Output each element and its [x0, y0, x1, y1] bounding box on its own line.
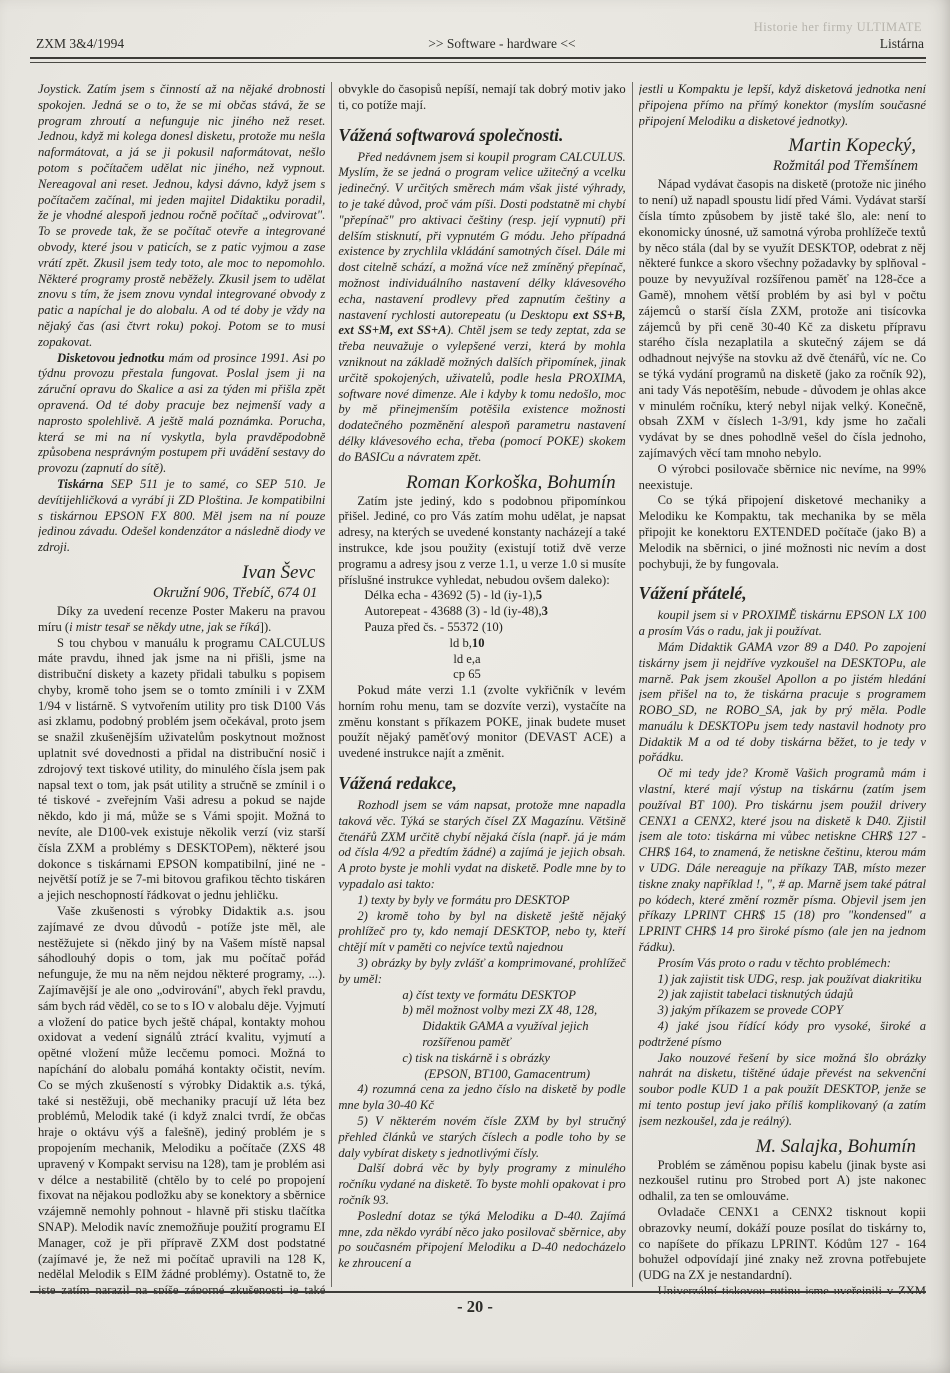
code-line: ld b,10 — [338, 636, 595, 652]
bleed-through-text: Historie her firmy ULTIMATE — [754, 20, 922, 35]
paragraph: O výrobci posilovače sběrnice nic nevíme… — [639, 462, 926, 494]
paragraph: Rozhodl jsem se vám napsat, protože mne … — [338, 798, 625, 893]
paragraph: Zatím jste jediný, kdo s podobnou připom… — [338, 494, 625, 589]
code-line: ld e,a — [338, 652, 595, 668]
paragraph: Oč mi tedy jde? Kromě Vašich programů má… — [639, 766, 926, 956]
paragraph: S tou chybou v manuálu k programu CALCUL… — [38, 636, 325, 905]
sub-list-item: a) číst texty ve formátu DESKTOP — [402, 988, 625, 1004]
paragraph: Ovladače CENX1 a CENX2 tisknout kopii ob… — [639, 1205, 926, 1284]
letter-heading: Vážená redakce, — [338, 773, 625, 793]
list-item: 3) obrázky by byly zvlášť a komprimované… — [338, 956, 625, 988]
footer-rule — [30, 1291, 926, 1293]
sub-list-item: c) tisk na tiskárně i s obrázky — [402, 1051, 625, 1067]
signature: M. Salajka, Bohumín — [639, 1135, 916, 1158]
paragraph: Před nedávnem jsem si koupil program CAL… — [338, 150, 625, 466]
list-item: 1) texty by byly ve formátu pro DESKTOP — [338, 893, 625, 909]
paragraph: Co se týká připojení disketové mechaniky… — [639, 493, 926, 572]
paragraph: Mám Didaktik GAMA vzor 89 a D40. Po zapo… — [639, 640, 926, 766]
signature: Ivan Ševc — [38, 561, 315, 584]
paragraph: Prosím Vás proto o radu v těchto problém… — [639, 956, 926, 972]
paragraph: Pokud máte verzi 1.1 (zvolte vykřičník v… — [338, 683, 625, 762]
signature: Martin Kopecký, — [639, 134, 916, 157]
paragraph: Problém se záměnou popisu kabelu (jinak … — [639, 1158, 926, 1205]
paragraph: Poslední dotaz se týká Melodiku a D-40. … — [338, 1209, 625, 1272]
page-number: - 20 - — [0, 1297, 950, 1317]
code-line: cp 65 — [338, 667, 595, 683]
list-item: 4) jaké jsou řídící kódy pro vysoké, šir… — [639, 1019, 926, 1051]
paragraph-continuation: jestli u Kompaktu je lepší, když disketo… — [639, 82, 926, 129]
paragraph: Jako nouzové řešení by sice možná šlo ob… — [639, 1051, 926, 1130]
magazine-page: Historie her firmy ULTIMATE ZXM 3&4/1994… — [0, 0, 950, 1373]
list-item: 1) jak zajistit tisk UDG, resp. jak použ… — [639, 972, 926, 988]
list-item: 2) kromě toho by byl na disketě ještě ně… — [338, 909, 625, 956]
signature: Roman Korkoška, Bohumín — [338, 471, 615, 494]
header-rubric: Listárna — [880, 36, 924, 52]
address-line: Rožmitál pod Třemšínem — [639, 157, 918, 175]
column-2: obvykle do časopisů nepíší, nemají tak d… — [338, 82, 625, 1294]
sub-list-item: b) měl možnost volby mezi ZX 48, 128, Di… — [402, 1003, 625, 1050]
letter-heading: Vážení přátelé, — [639, 583, 926, 603]
list-item: 3) jakým příkazem se provede COPY — [639, 1003, 926, 1019]
header-rule — [30, 57, 926, 63]
paragraph: Nápad vydávat časopis na disketě (protož… — [639, 177, 926, 461]
letter-heading: Vážená softwarová společnosti. — [338, 125, 625, 145]
paragraph-continuation: obvykle do časopisů nepíší, nemají tak d… — [338, 82, 625, 114]
code-line: Autorepeat - 43688 (3) - ld (iy-48),3 — [364, 604, 625, 620]
paragraph: Díky za uvedení recenze Poster Makeru na… — [38, 604, 325, 636]
list-item: 2) jak zajistit tabelaci tisknutých údaj… — [639, 987, 926, 1003]
paragraph-continuation: Joystick. Zatím jsem s činností až na ně… — [38, 82, 325, 351]
list-item: 5) V některém novém čísle ZXM by byl str… — [338, 1114, 625, 1161]
paragraph: koupil jsem si v PROXIMĚ tiskárnu EPSON … — [639, 608, 926, 640]
column-divider — [632, 82, 633, 1287]
list-item: 4) rozumná cena za jedno číslo na disket… — [338, 1082, 625, 1114]
column-divider — [331, 82, 332, 1287]
header-issue: ZXM 3&4/1994 — [36, 36, 124, 52]
address-line: Okružní 906, Třebíč, 674 01 — [38, 584, 317, 602]
code-line: Pauza před čs. - 55372 (10) — [364, 620, 625, 636]
code-line: Délka echa - 43692 (5) - ld (iy-1),5 — [364, 588, 625, 604]
paragraph: Tiskárna SEP 511 je to samé, co SEP 510.… — [38, 477, 325, 556]
header-section-title: >> Software - hardware << — [428, 36, 575, 52]
column-3: jestli u Kompaktu je lepší, když disketo… — [639, 82, 926, 1294]
sub-list-item: (EPSON, BT100, Gamacentrum) — [424, 1067, 625, 1083]
text-columns: Joystick. Zatím jsem s činností až na ně… — [38, 82, 926, 1294]
column-1: Joystick. Zatím jsem s činností až na ně… — [38, 82, 325, 1294]
paragraph: Další dobrá věc by byly programy z minul… — [338, 1161, 625, 1208]
paragraph: Vaše zkušenosti s výrobky Didaktik a.s. … — [38, 904, 325, 1294]
paragraph: Disketovou jednotku mám od prosince 1991… — [38, 351, 325, 477]
page-header: ZXM 3&4/1994 >> Software - hardware << L… — [36, 36, 924, 52]
